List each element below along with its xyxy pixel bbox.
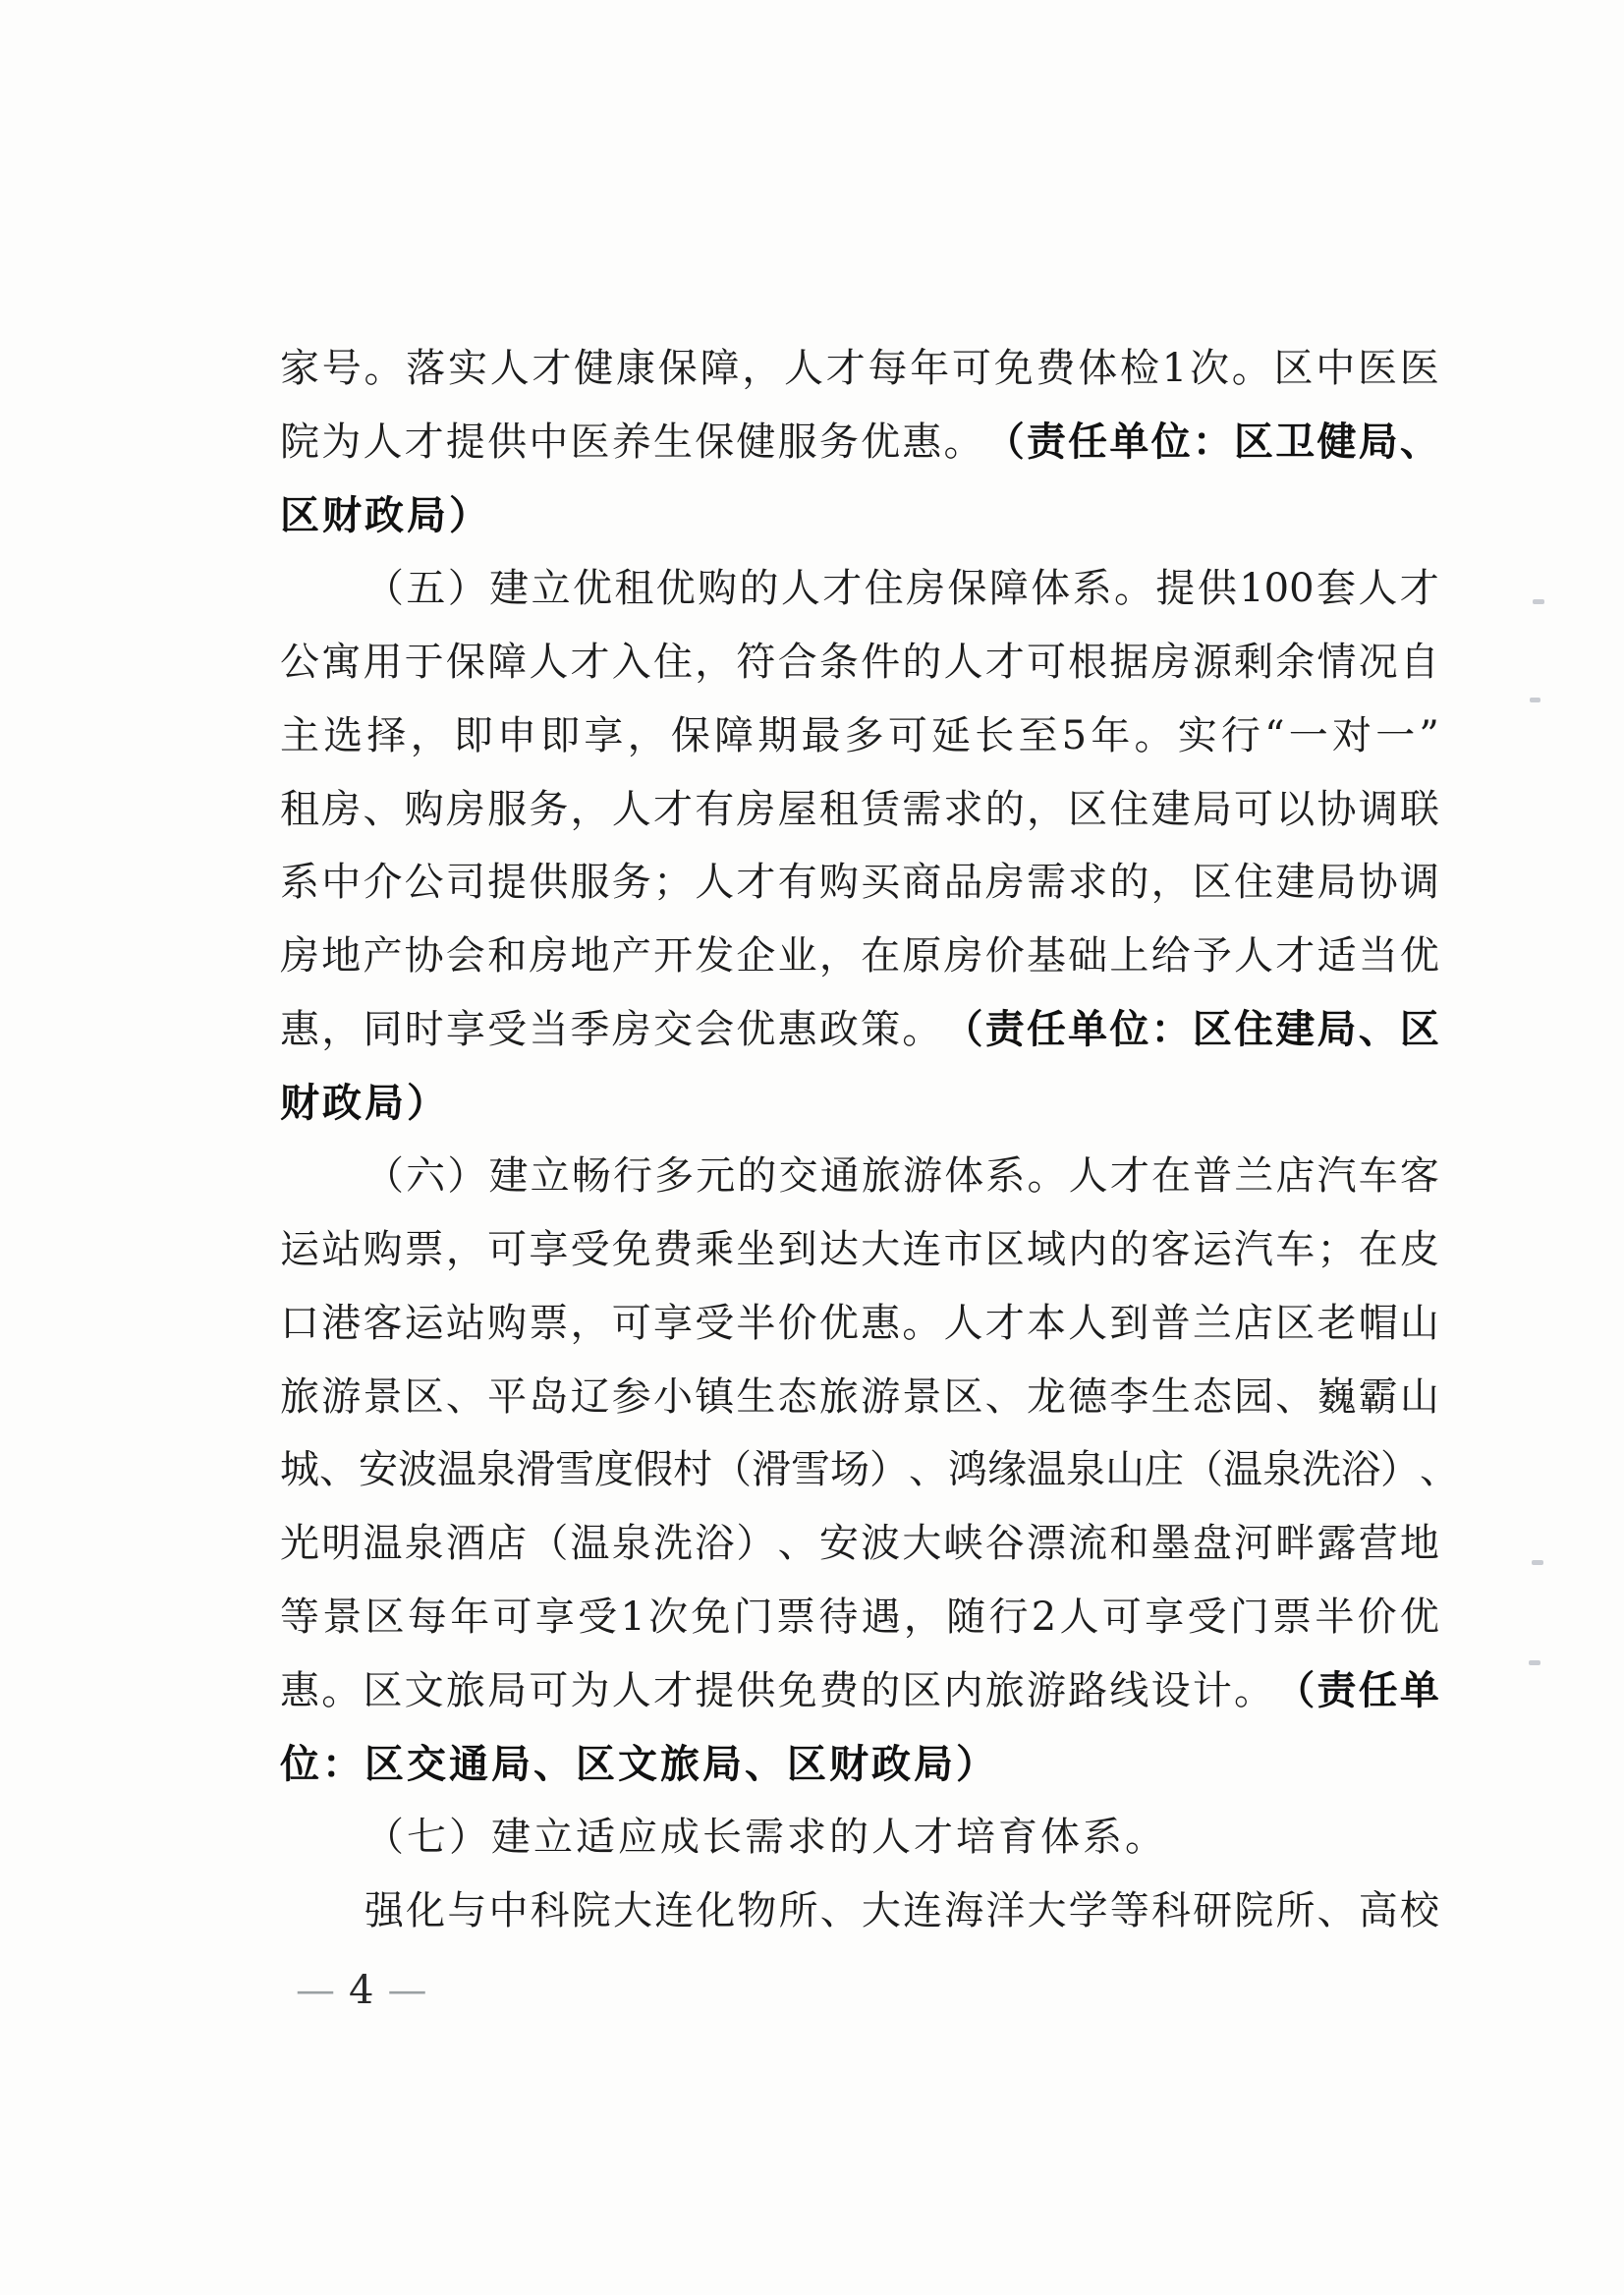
text-token: （ — [364, 566, 404, 640]
text-token: 、 — [909, 1447, 948, 1521]
text-token: 协 — [1316, 787, 1356, 861]
text-token: 兰 — [1234, 1153, 1273, 1227]
text-token: 畔 — [1275, 1521, 1315, 1595]
text-token: 次 — [648, 1595, 688, 1668]
scan-speck — [1529, 1660, 1540, 1665]
bold-text-token: ： — [1151, 1007, 1191, 1081]
text-token: 家 — [280, 346, 319, 420]
text-token: 地 — [571, 933, 610, 1007]
bold-text-token: 健 — [1316, 420, 1356, 493]
text-token: 区 — [902, 1668, 941, 1742]
text-token: 供 — [487, 420, 527, 493]
text-token: 旅 — [819, 1374, 859, 1448]
text-token: 连 — [654, 1888, 694, 1962]
text-token: 保 — [446, 640, 485, 713]
text-token: ， — [321, 1007, 361, 1081]
text-token: 才 — [914, 1815, 956, 1860]
text-token: 。 — [902, 1301, 941, 1374]
text-token: 温 — [1027, 1447, 1066, 1521]
text-token: 安 — [359, 1447, 398, 1521]
text-token: 的 — [902, 640, 941, 713]
text-token: 区 — [1273, 346, 1313, 420]
text-token: 雪 — [791, 1447, 830, 1521]
bold-text-token: 区 — [787, 1742, 829, 1787]
text-token: 交 — [653, 1007, 693, 1081]
text-token: 当 — [529, 1007, 568, 1081]
text-token: 安 — [819, 1521, 859, 1595]
text-token: 局 — [487, 1668, 527, 1742]
text-token: 区 — [1193, 860, 1232, 933]
text-token: 享 — [529, 1227, 568, 1301]
text-token: 受 — [487, 1007, 527, 1081]
text-token: 交 — [779, 1153, 818, 1227]
text-token: 最 — [801, 713, 840, 787]
bold-text-token: ： — [322, 1742, 364, 1787]
text-token: 惠 — [778, 1007, 817, 1081]
text-line: 家号。落实人才健康保障，人才每年可免费体检1次。区中医医 — [280, 346, 1439, 420]
text-token: 入 — [612, 640, 651, 713]
text-token: 房 — [280, 933, 319, 1007]
bold-text-token: ） — [407, 1081, 449, 1126]
text-token: 温 — [1223, 1447, 1262, 1521]
text-token: 旅 — [862, 1153, 901, 1227]
text-token: 门 — [1230, 1595, 1269, 1668]
text-token: 波 — [398, 1447, 437, 1521]
text-token: 、 — [363, 787, 402, 861]
text-token: 提 — [1155, 566, 1195, 640]
text-token: 盘 — [1193, 1521, 1232, 1595]
text-token: 寓 — [321, 640, 361, 713]
text-token: 赁 — [861, 787, 900, 861]
text-token: 老 — [1316, 1301, 1356, 1374]
text-token: 文 — [405, 1668, 444, 1742]
text-token: 对 — [1332, 713, 1372, 787]
text-token: 主 — [280, 713, 319, 787]
text-token: 保 — [695, 420, 734, 493]
text-token: 游 — [321, 1374, 361, 1448]
bold-text-token: 旅 — [660, 1742, 702, 1787]
text-line: 强化与中科院大连化物所、大连海洋大学等科研院所、高校 — [280, 1888, 1439, 1962]
text-token: 客 — [1151, 1227, 1191, 1301]
text-line: 运站购票，可享受免费乘坐到达大连市区域内的客运汽车；在皮 — [280, 1227, 1439, 1301]
text-token: 房 — [446, 787, 485, 861]
text-token: 予 — [1193, 933, 1232, 1007]
text-token: 检 — [1120, 346, 1159, 420]
text-token: “ — [1264, 713, 1284, 787]
text-token: 景 — [322, 1595, 362, 1668]
text-token: 流 — [1068, 1521, 1107, 1595]
text-token: ） — [1380, 1447, 1420, 1521]
text-line: （七）建立适应成长需求的人才培育体系。 — [280, 1815, 1439, 1888]
text-token: 策 — [861, 1007, 900, 1081]
text-token: ， — [742, 346, 781, 420]
text-token: 屋 — [778, 787, 817, 861]
text-token: 惠 — [861, 1301, 900, 1374]
text-token: 所 — [1275, 1888, 1315, 1962]
text-token: 畅 — [572, 1153, 611, 1227]
text-token: 站 — [321, 1227, 361, 1301]
bold-text-token: 位 — [280, 1742, 322, 1787]
text-token: 才 — [653, 1668, 693, 1742]
text-token: 务 — [529, 787, 568, 861]
text-token: 镇 — [695, 1374, 734, 1448]
text-token: 障 — [989, 566, 1029, 640]
text-token: ） — [448, 566, 487, 640]
text-token: ） — [869, 1447, 909, 1521]
text-token: 价 — [1358, 1595, 1397, 1668]
bold-text-token: 、 — [745, 1742, 787, 1787]
bold-text-token: 、 — [533, 1742, 576, 1787]
text-line: 口港客运站购票，可享受半价优惠。人才本人到普兰店区老帽山 — [280, 1301, 1439, 1374]
text-token: 。 — [902, 1007, 941, 1081]
text-token: 会 — [446, 933, 485, 1007]
text-token: 连 — [903, 1888, 942, 1962]
text-token: 受 — [695, 1301, 734, 1374]
text-token: 价 — [778, 1301, 817, 1374]
text-token: 医 — [1400, 346, 1439, 420]
text-token: 体 — [1031, 566, 1070, 640]
text-token: 才 — [653, 787, 693, 861]
text-token: 保 — [671, 713, 710, 787]
text-token: 研 — [1193, 1888, 1232, 1962]
text-token: 房 — [321, 787, 361, 861]
text-token: 商 — [902, 860, 941, 933]
text-token: 建 — [491, 1815, 533, 1860]
text-token: 住 — [1109, 787, 1148, 861]
text-token: ， — [571, 1301, 610, 1374]
bold-text-token: 任 — [1359, 1668, 1398, 1742]
text-token: 客 — [363, 1301, 402, 1374]
text-token: 店 — [487, 1521, 527, 1595]
text-token: 健 — [736, 420, 775, 493]
text-token: 站 — [446, 1301, 485, 1374]
text-token: 、 — [1317, 1888, 1357, 1962]
text-token: 公 — [280, 640, 319, 713]
text-token: （ — [364, 1815, 407, 1860]
text-token: 局 — [1193, 787, 1232, 861]
text-token: 人 — [1234, 933, 1273, 1007]
text-token: 大 — [861, 1227, 900, 1301]
bold-text-token: 局 — [491, 1742, 533, 1787]
text-token: 优 — [573, 566, 612, 640]
text-token: 庄 — [1145, 1447, 1184, 1521]
text-token: 坐 — [736, 1227, 775, 1301]
text-token: 开 — [653, 933, 693, 1007]
text-token: 求 — [944, 787, 983, 861]
text-token: 医 — [571, 420, 610, 493]
text-token: 李 — [1109, 1374, 1148, 1448]
bold-text-token: 局 — [702, 1742, 745, 1787]
text-token: 中 — [488, 1888, 528, 1962]
text-line: （五）建立优租优购的人才住房保障体系。提供100套人才 — [280, 566, 1439, 640]
text-token: 适 — [1316, 933, 1356, 1007]
text-token: 区 — [944, 1374, 983, 1448]
text-token: 才 — [822, 566, 862, 640]
text-token: 和 — [487, 933, 527, 1007]
text-token: 公 — [405, 860, 444, 933]
text-token: 5 — [1062, 713, 1087, 787]
text-token: 通 — [820, 1153, 860, 1227]
text-token: 情 — [1316, 640, 1356, 713]
text-token: 房 — [1151, 640, 1191, 713]
text-token: 可 — [487, 1227, 527, 1301]
text-token: 协 — [405, 933, 444, 1007]
text-token: 洗 — [1302, 1447, 1341, 1521]
text-token: 本 — [1027, 1301, 1066, 1374]
text-token: 乘 — [695, 1227, 734, 1301]
text-token: 自 — [1400, 640, 1439, 713]
text-token: 享 — [584, 713, 623, 787]
text-token: 区 — [405, 1374, 444, 1448]
page-number-dash-right: — — [387, 1968, 426, 2013]
text-token: 成 — [660, 1815, 702, 1860]
text-token: 等 — [280, 1595, 319, 1668]
text-token: 行 — [613, 1153, 652, 1227]
text-token: 区 — [1275, 1301, 1315, 1374]
text-token: 人 — [784, 346, 823, 420]
text-token: 、 — [319, 1447, 359, 1521]
text-token: 政 — [819, 1007, 859, 1081]
text-token: 。 — [321, 1668, 361, 1742]
text-token: 服 — [487, 787, 527, 861]
text-token: 态 — [778, 1374, 817, 1448]
text-token: ， — [446, 1227, 485, 1301]
bold-text-token: 责 — [985, 1007, 1025, 1081]
text-token: 择 — [366, 713, 406, 787]
text-token: 院 — [1234, 1888, 1273, 1962]
text-token: ） — [736, 1521, 775, 1595]
text-token: 才 — [985, 640, 1025, 713]
scan-speck — [1530, 698, 1540, 702]
text-token: 漂 — [1027, 1521, 1066, 1595]
text-token: 院 — [572, 1888, 611, 1962]
text-token: 五 — [406, 566, 445, 640]
text-token: 套 — [1316, 566, 1356, 640]
page-number-dash-left: — — [296, 1968, 335, 2013]
text-token: 园 — [1234, 1374, 1273, 1448]
text-token: 优 — [656, 566, 696, 640]
bold-text-token: 单 — [1068, 1007, 1107, 1081]
text-token: 务 — [612, 860, 651, 933]
text-line: 院为人才提供中医养生保健服务优惠。（责任单位：区卫健局、 — [280, 420, 1439, 493]
text-token: 游 — [903, 1153, 942, 1227]
text-token: 司 — [446, 860, 485, 933]
text-token: 才 — [405, 420, 444, 493]
text-token: 原 — [902, 933, 941, 1007]
text-token: ） — [449, 1815, 491, 1860]
bold-text-token: 财 — [829, 1742, 871, 1787]
text-token: 选 — [323, 713, 363, 787]
text-token: 景 — [363, 1374, 402, 1448]
text-token: 营 — [1359, 1521, 1398, 1595]
text-token: 优 — [1400, 933, 1439, 1007]
text-token: 住 — [865, 566, 904, 640]
text-token: 谷 — [985, 1521, 1025, 1595]
text-token: 大 — [862, 1888, 901, 1962]
text-token: 城 — [280, 1447, 319, 1521]
text-token: 皮 — [1400, 1227, 1439, 1301]
text-token: 到 — [778, 1227, 817, 1301]
bold-text-token: 单 — [1400, 1668, 1439, 1742]
text-token: 多 — [845, 713, 884, 787]
text-token: 租 — [614, 566, 653, 640]
text-token: 优 — [861, 420, 900, 493]
text-token: 人 — [529, 640, 568, 713]
text-line: 区财政局） — [280, 493, 1439, 567]
text-token: 供 — [1198, 566, 1237, 640]
text-token: 调 — [1400, 860, 1439, 933]
text-token: 1 — [620, 1595, 644, 1668]
text-token: 人 — [612, 1668, 651, 1742]
text-token: 人 — [944, 640, 983, 713]
text-token: 、 — [1420, 1447, 1459, 1521]
text-token: ， — [571, 787, 610, 861]
text-token: 泉 — [476, 1447, 516, 1521]
text-token: 剩 — [1234, 640, 1273, 713]
text-token: 在 — [1359, 1227, 1398, 1301]
text-token: 建 — [1151, 787, 1191, 861]
text-token: 河 — [1234, 1521, 1273, 1595]
text-token: 场 — [830, 1447, 869, 1521]
text-token: 泉 — [405, 1521, 444, 1595]
text-token: 体 — [1078, 346, 1117, 420]
text-token: 运 — [1193, 1227, 1232, 1301]
bold-text-token: 、 — [1359, 1007, 1398, 1081]
text-token: 大 — [1028, 1888, 1067, 1962]
text-token: 。 — [1232, 346, 1271, 420]
text-token: 2 — [1032, 1595, 1056, 1668]
text-token: 地 — [321, 933, 361, 1007]
bold-text-token: 责 — [1027, 420, 1066, 493]
text-token: 明 — [321, 1521, 361, 1595]
text-token: 行 — [989, 1595, 1029, 1668]
text-token: 等 — [1110, 1888, 1149, 1962]
text-token: 障 — [700, 346, 740, 420]
text-token: 产 — [363, 933, 402, 1007]
bold-text-token: （ — [944, 1007, 983, 1081]
text-token: 人 — [363, 420, 402, 493]
text-token: 立 — [532, 566, 571, 640]
text-token: 洗 — [653, 1521, 693, 1595]
text-token: 浴 — [695, 1521, 734, 1595]
text-token: 巍 — [1316, 1374, 1356, 1448]
text-token: 海 — [944, 1888, 983, 1962]
text-token: 中 — [1316, 346, 1355, 420]
text-token: 德 — [1068, 1374, 1107, 1448]
text-token: 人 — [695, 860, 734, 933]
text-token: 的 — [740, 566, 779, 640]
text-token: 在 — [861, 933, 900, 1007]
text-token: 即 — [540, 713, 580, 787]
bold-text-token: 责 — [1316, 1668, 1356, 1742]
text-token: 系 — [1073, 566, 1112, 640]
text-token: 鸿 — [948, 1447, 987, 1521]
text-token: 次 — [1190, 346, 1229, 420]
text-token: 供 — [529, 860, 568, 933]
text-token: 所 — [779, 1888, 818, 1962]
text-token: 汽 — [1317, 1153, 1357, 1227]
text-token: 小 — [653, 1374, 693, 1448]
text-token: 提 — [487, 860, 527, 933]
bold-text-token: 区 — [280, 493, 322, 538]
text-token: 人 — [1069, 1153, 1108, 1227]
bold-text-token: 交 — [407, 1742, 449, 1787]
text-token: 。 — [364, 346, 404, 420]
text-token: 的 — [829, 1815, 871, 1860]
text-token: 建 — [1275, 860, 1315, 933]
text-token: 年 — [910, 346, 949, 420]
text-token: 车 — [1275, 1227, 1315, 1301]
text-token: 地 — [1400, 1521, 1439, 1595]
text-token: 可 — [1027, 640, 1066, 713]
text-token: 雪 — [555, 1447, 594, 1521]
text-token: ， — [695, 640, 734, 713]
bold-text-token: 位 — [1151, 420, 1191, 493]
text-token: 才 — [1400, 566, 1439, 640]
text-token: 人 — [781, 566, 820, 640]
text-token: 可 — [888, 713, 927, 787]
text-token: 泉 — [1262, 1447, 1302, 1521]
text-token: 住 — [1234, 860, 1273, 933]
text-token: 源 — [1193, 640, 1232, 713]
text-token: 年 — [1091, 713, 1130, 787]
text-token: 人 — [1060, 1595, 1099, 1668]
text-token: 申 — [497, 713, 536, 787]
text-token: 生 — [653, 420, 693, 493]
text-token: 体 — [944, 1153, 983, 1227]
text-token: 实 — [448, 346, 487, 420]
text-token: 洋 — [985, 1888, 1025, 1962]
text-token: 店 — [1234, 1301, 1273, 1374]
text-token: 发 — [695, 933, 734, 1007]
text-token: 客 — [1400, 1153, 1439, 1227]
text-token: 路 — [1068, 1668, 1107, 1742]
bold-text-token: 单 — [1109, 420, 1148, 493]
text-token: 院 — [280, 420, 319, 493]
text-token: 系 — [985, 1153, 1025, 1227]
text-token: 态 — [1193, 1374, 1232, 1448]
text-token: 墨 — [1151, 1521, 1191, 1595]
text-token: 件 — [861, 640, 900, 713]
text-token: 兰 — [1193, 1301, 1232, 1374]
text-token: 可 — [612, 1301, 651, 1374]
text-token: 享 — [1145, 1595, 1184, 1668]
text-token: 买 — [861, 860, 900, 933]
text-token: 可 — [529, 1668, 568, 1742]
document-text-block: 家号。落实人才健康保障，人才每年可免费体检1次。区中医医院为人才提供中医养生保健… — [280, 346, 1439, 1962]
text-token: 一 — [1375, 713, 1415, 787]
text-token: 的 — [1109, 860, 1148, 933]
text-token: 、 — [820, 1888, 860, 1962]
text-token: 年 — [450, 1595, 489, 1668]
bold-text-token: 局 — [914, 1742, 956, 1787]
text-token: 1 — [1162, 346, 1187, 420]
text-token: 有 — [695, 787, 734, 861]
text-token: 购 — [363, 1227, 402, 1301]
bold-text-token: 政 — [364, 493, 407, 538]
text-token: 到 — [1109, 1301, 1148, 1374]
text-token: 浴 — [1341, 1447, 1380, 1521]
text-token: 条 — [819, 640, 859, 713]
text-token: 余 — [1275, 640, 1315, 713]
text-token: ， — [1151, 860, 1191, 933]
text-token: 区 — [363, 1668, 402, 1742]
text-token: 票 — [1272, 1595, 1312, 1668]
text-token: 需 — [902, 787, 941, 861]
text-token: 联 — [1400, 787, 1439, 861]
text-token: 温 — [437, 1447, 476, 1521]
text-token: 连 — [902, 1227, 941, 1301]
